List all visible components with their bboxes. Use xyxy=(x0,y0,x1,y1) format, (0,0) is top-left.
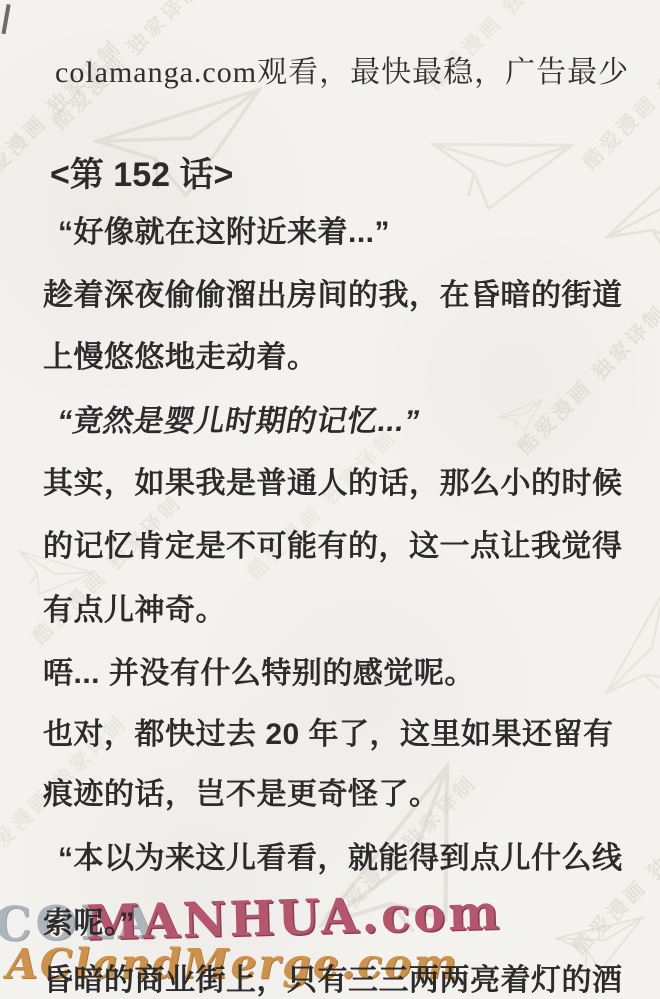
novel-line: 上慢悠悠地走动着。 xyxy=(43,332,318,376)
site-promo-header: colamanga.com观看，最快最稳，广告最少 xyxy=(55,47,629,91)
novel-line: 趁着深夜偷偷溜出房间的我，在昏暗的街道 xyxy=(43,270,623,314)
novel-line: 索呢。” xyxy=(43,898,135,942)
novel-line: 唔... 并没有什么特别的感觉呢。 xyxy=(43,648,475,692)
diagonal-watermark: 酷爱漫画 独家译制 xyxy=(510,297,660,460)
novel-line-italic: “竟然是婴儿时期的记忆...” xyxy=(58,396,421,440)
paper-plane-icon xyxy=(414,85,576,235)
novel-line: 其实，如果我是普通人的话，那么小的时候 xyxy=(43,458,623,502)
novel-line: “好像就在这附近来着...” xyxy=(58,207,390,251)
novel-line: “本以为来这儿看看，就能得到点儿什么线 xyxy=(58,833,623,877)
manga-text-page: 酷爱漫画 独家译制 酷爱漫画 独家译制 酷爱漫画 独家译制 酷爱漫画 独家译制 … xyxy=(0,0,660,999)
novel-line: 昏暗的商业街上，只有三三两两亮着灯的酒 xyxy=(43,955,623,999)
paper-plane-icon xyxy=(573,586,660,721)
chapter-title: <第 152 话> xyxy=(50,147,233,196)
novel-line: 的记忆肯定是不可能有的，这一点让我觉得 xyxy=(43,521,623,565)
diagonal-watermark: 酷爱漫画 独家译制 xyxy=(575,12,660,175)
novel-line: 有点儿神奇。 xyxy=(43,585,226,629)
novel-line: 也对，都快过去 20 年了，这里如果还留有 xyxy=(43,709,614,753)
paper-plane-icon xyxy=(497,395,543,434)
novel-line: 痕迹的话，岂不是更奇怪了。 xyxy=(43,769,440,813)
